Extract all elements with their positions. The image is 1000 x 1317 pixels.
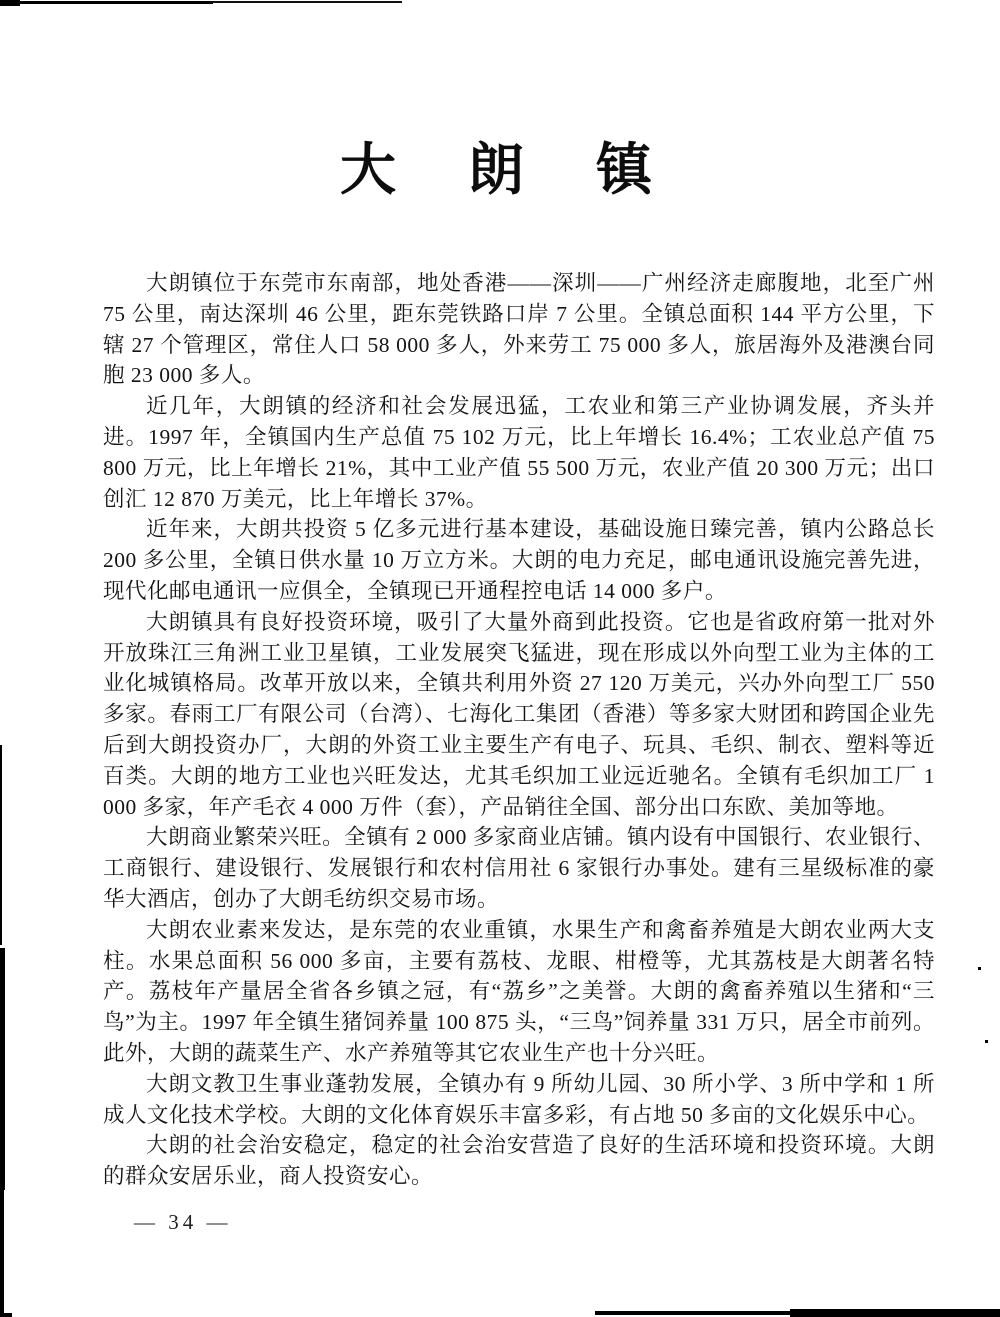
paragraph: 大朗文教卫生事业蓬勃发展，全镇办有 9 所幼儿园、30 所小学、3 所中学和 1… xyxy=(103,1069,935,1131)
paragraph: 大朗的社会治安稳定，稳定的社会治安营造了良好的生活环境和投资环境。大朗的群众安居… xyxy=(103,1130,935,1192)
scan-artifact-bottom-edge xyxy=(595,1311,795,1315)
scan-artifact-bottom-edge xyxy=(0,1313,12,1317)
scan-artifact-speck xyxy=(985,1040,988,1043)
scan-artifact-top-edge xyxy=(210,1,402,3)
page-title: 大 朗 镇 xyxy=(0,126,1000,206)
paragraph: 大朗镇位于东莞市东南部，地处香港——深圳——广州经济走廊腹地，北至广州 75 公… xyxy=(103,268,935,391)
scan-artifact-left-edge xyxy=(0,948,5,1190)
paragraph: 近年来，大朗共投资 5 亿多元进行基本建设，基础设施日臻完善，镇内公路总长 20… xyxy=(103,514,935,606)
scan-artifact-top-edge xyxy=(0,0,20,6)
body-text: 大朗镇位于东莞市东南部，地处香港——深圳——广州经济走廊腹地，北至广州 75 公… xyxy=(103,268,935,1192)
scan-artifact-left-edge xyxy=(0,745,2,945)
paragraph: 近几年，大朗镇的经济和社会发展迅猛，工农业和第三产业协调发展，齐头并进。1997… xyxy=(103,391,935,514)
scan-artifact-top-edge xyxy=(18,1,213,4)
scan-artifact-speck xyxy=(978,967,981,970)
paragraph: 大朗镇具有良好投资环境，吸引了大量外商到此投资。它也是省政府第一批对外开放珠江三… xyxy=(103,607,935,823)
paragraph: 大朗农业素来发达，是东莞的农业重镇，水果生产和禽畜养殖是大朗农业两大支柱。水果总… xyxy=(103,915,935,1069)
scan-artifact-left-edge xyxy=(0,1190,4,1317)
page-number: — 34 — xyxy=(134,1210,232,1235)
scan-artifact-bottom-edge xyxy=(790,1309,1000,1317)
paragraph: 大朗商业繁荣兴旺。全镇有 2 000 多家商业店铺。镇内设有中国银行、农业银行、… xyxy=(103,822,935,914)
scanned-document-page: 大 朗 镇 大朗镇位于东莞市东南部，地处香港——深圳——广州经济走廊腹地，北至广… xyxy=(0,0,1000,1317)
